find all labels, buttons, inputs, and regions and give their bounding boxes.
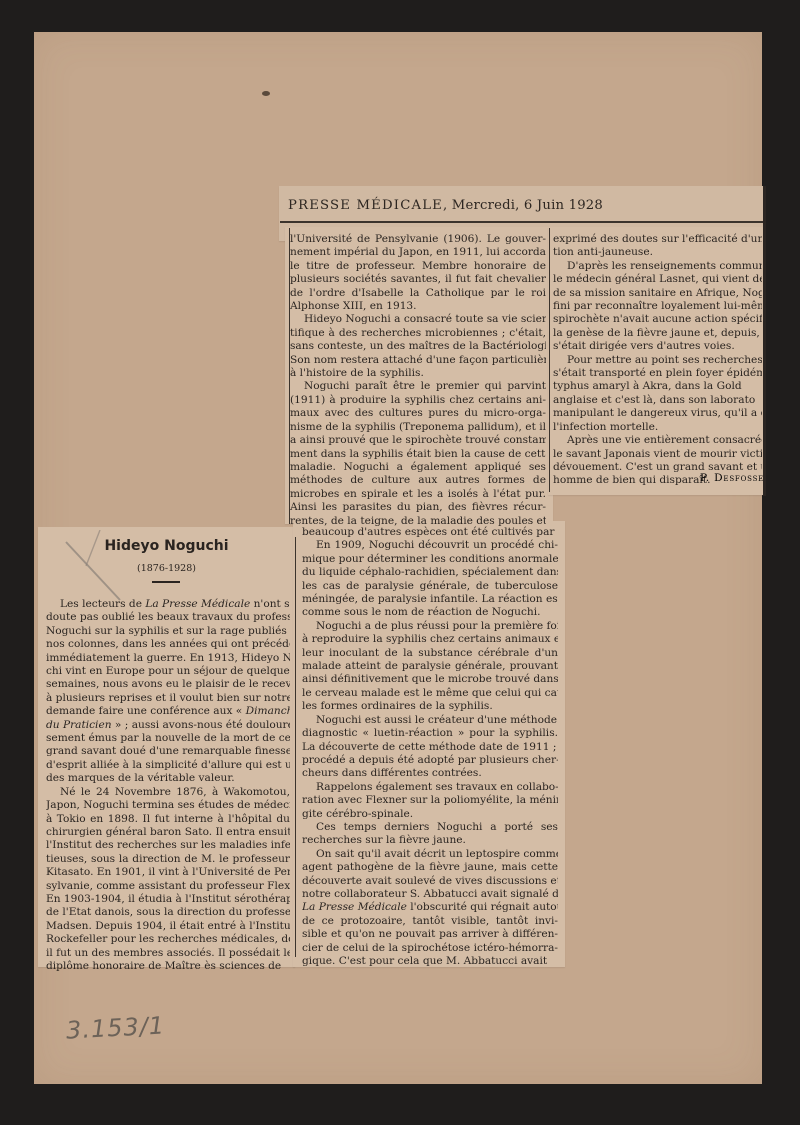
text-line: sible et qu'on ne pouvait pas arriver à … <box>302 928 558 941</box>
text-line: d'esprit alliée à la simplicité d'allure… <box>46 759 290 772</box>
column-rule <box>295 537 296 957</box>
text-line: le titre de professeur. Membre honoraire… <box>290 260 546 273</box>
text-line: ration avec Flexner sur la poliomyélite,… <box>302 794 558 807</box>
article-column-top-1: l'Université de Pensylvanie (1906). Le g… <box>290 233 546 528</box>
text-line: s'était transporté en plein foyer épidém… <box>553 367 762 380</box>
text-line: l'Université de Pensylvanie (1906). Le g… <box>290 233 546 246</box>
text-line: de sa mission sanitaire en Afrique, Nogu… <box>553 287 762 300</box>
text-line: Né le 24 Novembre 1876, à Wakomotou, <box>46 786 290 799</box>
text-line: nisme de la syphilis (Treponema pallidum… <box>290 421 546 434</box>
text-line: Ainsi les parasites du pian, des fièvres… <box>290 501 546 514</box>
text-line: il fut un des membres associés. Il possé… <box>46 947 290 960</box>
text-line: des marques de la véritable valeur. <box>46 772 290 785</box>
text-line: diagnostic « luetin-réaction » pour la s… <box>302 727 558 740</box>
text-line: immédiatement la guerre. En 1913, Hideyo… <box>46 652 290 665</box>
text-line: cier de celui de la spirochétose ictéro-… <box>302 942 558 955</box>
text-line: comme sous le nom de réaction de Noguchi… <box>302 606 558 619</box>
text-line: méthodes de culture aux autres formes de <box>290 474 546 487</box>
text-line: l'infection mortelle. <box>553 421 762 434</box>
text-line: Rockefeller pour les recherches médicale… <box>46 933 290 946</box>
text-line: gique. C'est pour cela que M. Abbatucci … <box>302 955 558 968</box>
text-line: sement émus par la nouvelle de la mort d… <box>46 732 290 745</box>
text-line: l'Institut des recherches sur les maladi… <box>46 839 290 852</box>
text-line: Noguchi est aussi le créateur d'une méth… <box>302 714 558 727</box>
text-line: exprimé des doutes sur l'efficacité d'un… <box>553 233 762 246</box>
text-line: Rappelons également ses travaux en colla… <box>302 781 558 794</box>
newspaper-header: PRESSE MÉDICALE, Mercredi, 6 Juin 1928 <box>288 198 763 213</box>
title-divider <box>152 581 180 583</box>
article-column-left: Les lecteurs de La Presse Médicale n'ont… <box>46 598 290 973</box>
ink-spot <box>262 91 270 96</box>
text-line: chirurgien général baron Sato. Il entra … <box>46 826 290 839</box>
text-line: de l'ordre d'Isabelle la Catholique par … <box>290 287 546 300</box>
text-line: maladie. Noguchi a également appliqué se… <box>290 461 546 474</box>
text-line: tieuses, sous la direction de M. le prof… <box>46 853 290 866</box>
text-line: à reproduire la syphilis chez certains a… <box>302 633 558 646</box>
text-line: procédé a depuis été adopté par plusieur… <box>302 754 558 767</box>
text-line: le savant Japonais vient de mourir victi… <box>553 448 762 461</box>
text-line: demande faire une conférence aux « Diman… <box>46 705 290 718</box>
text-line: Noguchi a de plus réussi pour la premièr… <box>302 620 558 633</box>
text-line: La découverte de cette méthode date de 1… <box>302 741 558 754</box>
text-line: fini par reconnaître loyalement lui-même… <box>553 300 762 313</box>
text-line: les formes ordinaires de la syphilis. <box>302 700 558 713</box>
text-line: à l'histoire de la syphilis. <box>290 367 546 380</box>
text-line: du Praticien » ; aussi avons-nous été do… <box>46 719 290 732</box>
text-line: sylvanie, comme assistant du professeur … <box>46 880 290 893</box>
text-line: On sait qu'il avait décrit un leptospire… <box>302 848 558 861</box>
text-line: nos colonnes, dans les années qui ont pr… <box>46 638 290 651</box>
text-line: leur inoculant de la substance cérébrale… <box>302 647 558 660</box>
text-line: Madsen. Depuis 1904, il était entré à l'… <box>46 920 290 933</box>
text-line: malade atteint de paralysie générale, pr… <box>302 660 558 673</box>
article-column-top-2: exprimé des doutes sur l'efficacité d'un… <box>553 233 762 488</box>
text-line: Alphonse XIII, en 1913. <box>290 300 546 313</box>
text-line: à Tokio en 1898. Il fut interne à l'hôpi… <box>46 813 290 826</box>
text-line: beaucoup d'autres espèces ont été cultiv… <box>302 526 558 539</box>
text-line: s'était dirigée vers d'autres voies. <box>553 340 762 353</box>
publication-date: , Mercredi, 6 Juin 1928 <box>443 198 603 213</box>
text-line: ment dans la syphilis était bien la caus… <box>290 448 546 461</box>
text-line: microbes en spirale et les a isolés à l'… <box>290 488 546 501</box>
text-line: agent pathogène de la fièvre jaune, mais… <box>302 861 558 874</box>
text-line: du liquide céphalo-rachidien, spécialeme… <box>302 566 558 579</box>
text-line: Hideyo Noguchi a consacré toute sa vie s… <box>290 313 546 326</box>
text-line: Japon, Noguchi termina ses études de méd… <box>46 799 290 812</box>
text-line: plusieurs sociétés savantes, il fut fait… <box>290 273 546 286</box>
article-title: Hideyo Noguchi <box>38 538 295 554</box>
text-line: les cas de paralysie générale, de tuberc… <box>302 580 558 593</box>
text-line: de l'Etat danois, sous la direction du p… <box>46 906 290 919</box>
text-line: Kitasato. En 1901, il vint à l'Universit… <box>46 866 290 879</box>
text-line: tion anti-jauneuse. <box>553 246 762 259</box>
text-line: découverte avait soulevé de vives discus… <box>302 875 558 888</box>
text-line: diplôme honoraire de Maître ès sciences … <box>46 960 290 973</box>
text-line: Après une vie entièrement consacrée à la <box>553 434 762 447</box>
header-rule <box>280 221 763 223</box>
text-line: Ces temps derniers Noguchi a porté ses <box>302 821 558 834</box>
text-line: le cerveau malade est le même que celui … <box>302 687 558 700</box>
text-line: Noguchi paraît être le premier qui parvi… <box>290 380 546 393</box>
text-line: Son nom restera attaché d'une façon part… <box>290 354 546 367</box>
text-line: mique pour déterminer les conditions ano… <box>302 553 558 566</box>
text-line: méningée, de paralysie infantile. La réa… <box>302 593 558 606</box>
text-line: Pour mettre au point ses recherches, N <box>553 354 762 367</box>
text-line: Les lecteurs de La Presse Médicale n'ont… <box>46 598 290 611</box>
handwritten-catalog-number: 3.153/1 <box>65 1011 165 1044</box>
text-line: le médecin général Lasnet, qui vient de … <box>553 273 762 286</box>
text-line: semaines, nous avons eu le plaisir de le… <box>46 678 290 691</box>
text-line: spirochète n'avait aucune action spécifi… <box>553 313 762 326</box>
text-line: D'après les renseignements communiqu <box>553 260 762 273</box>
column-rule <box>549 228 550 492</box>
text-line: anglaise et c'est là, dans son laborato <box>553 394 762 407</box>
text-line: a ainsi prouvé que le spirochète trouvé … <box>290 434 546 447</box>
text-line: (1911) à produire la syphilis chez certa… <box>290 394 546 407</box>
text-line: recherches sur la fièvre jaune. <box>302 834 558 847</box>
text-line: tifique à des recherches microbiennes ; … <box>290 327 546 340</box>
text-line: Noguchi sur la syphilis et sur la rage p… <box>46 625 290 638</box>
text-line: de ce protozoaire, tantôt visible, tantô… <box>302 915 558 928</box>
article-dates: (1876-1928) <box>38 563 295 574</box>
text-line: ainsi définitivement que le microbe trou… <box>302 673 558 686</box>
text-line: sans conteste, un des maîtres de la Bact… <box>290 340 546 353</box>
text-line: cheurs dans différentes contrées. <box>302 767 558 780</box>
text-line: chi vint en Europe pour un séjour de que… <box>46 665 290 678</box>
text-line: la genèse de la fièvre jaune et, depuis,… <box>553 327 762 340</box>
text-line: notre collaborateur S. Abbatucci avait s… <box>302 888 558 901</box>
text-line: La Presse Médicale l'obscurité qui régna… <box>302 901 558 914</box>
text-line: En 1909, Noguchi découvrit un procédé ch… <box>302 539 558 552</box>
text-line: gite cérébro-spinale. <box>302 808 558 821</box>
text-line: manipulant le dangereux virus, qu'il a c… <box>553 407 762 420</box>
article-column-middle: beaucoup d'autres espèces ont été cultiv… <box>302 526 558 968</box>
text-line: typhus amaryl à Akra, dans la Gold <box>553 380 762 393</box>
text-line: doute pas oublié les beaux travaux du pr… <box>46 611 290 624</box>
author-signature: P. Desfosse <box>700 472 764 484</box>
publication-name: PRESSE MÉDICALE <box>288 198 443 213</box>
text-line: à plusieurs reprises et il voulut bien s… <box>46 692 290 705</box>
text-line: grand savant doué d'une remarquable fine… <box>46 745 290 758</box>
text-line: maux avec des cultures pures du micro-or… <box>290 407 546 420</box>
text-line: nement impérial du Japon, en 1911, lui a… <box>290 246 546 259</box>
text-line: En 1903-1904, il étudia à l'Institut sér… <box>46 893 290 906</box>
